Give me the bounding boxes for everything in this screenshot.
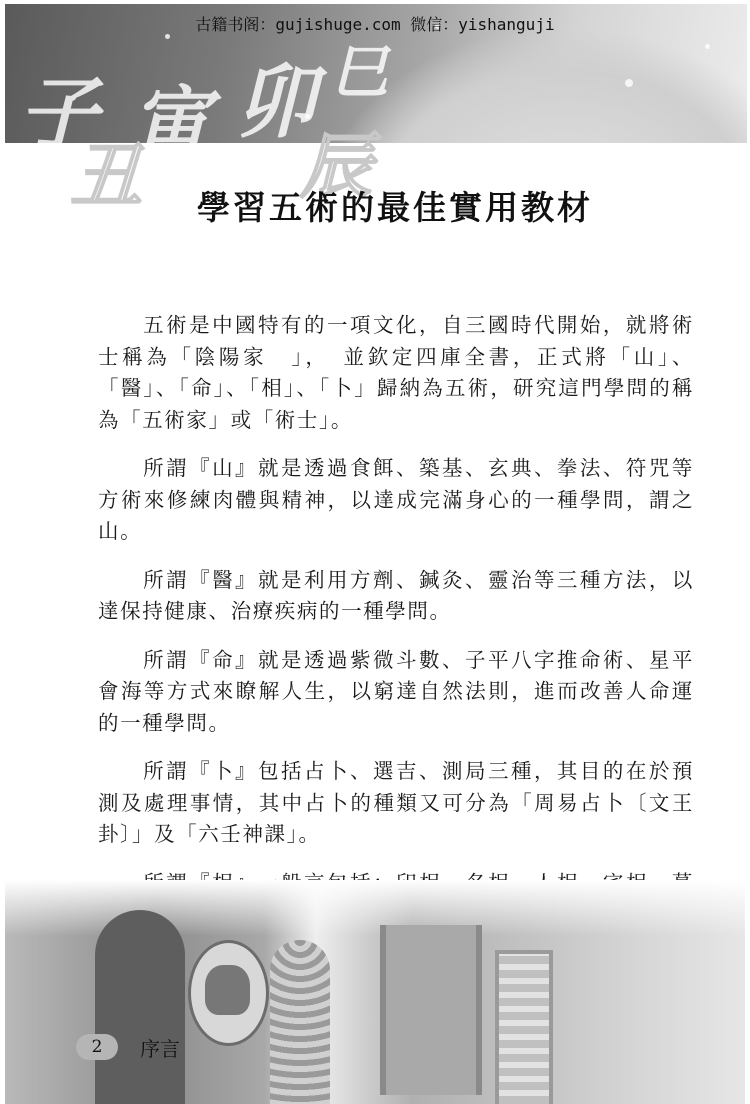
- paragraph-bu: 所謂『卜』包括占卜、選吉、測局三種，其目的在於預測及處理事情，其中占卜的種類又可…: [98, 756, 694, 851]
- page-title: 學習五術的最佳實用教材: [0, 182, 750, 229]
- star-decoration: [625, 79, 633, 87]
- lion-panel-decoration: [380, 925, 482, 1095]
- paragraph-yi: 所謂『醫』就是利用方劑、鍼灸、靈治等三種方法，以達保持健康、治療疾病的一種學問。: [98, 565, 694, 628]
- paragraph-shan: 所謂『山』就是透過食餌、築基、玄典、拳法、符咒等方術來修練肉體與精神，以達成完滿…: [98, 453, 694, 548]
- deity-robe-decoration: [95, 910, 185, 1104]
- decorative-char: 巳: [330, 25, 388, 109]
- page-number: 2: [76, 1034, 118, 1060]
- paragraph-ming: 所謂『命』就是透過紫微斗數、子平八字推命術、星平會海等方式來瞭解人生，以窮達自然…: [98, 645, 694, 740]
- section-label: 序言: [140, 1033, 180, 1062]
- body-text: 五術是中國特有的一項文化，自三國時代開始，就將術士稱為「陰陽家 」， 並欽定四庫…: [98, 310, 694, 948]
- paragraph-intro: 五術是中國特有的一項文化，自三國時代開始，就將術士稱為「陰陽家 」， 並欽定四庫…: [98, 310, 694, 436]
- dragon-scales-decoration: [270, 940, 330, 1104]
- figure-decoration: [205, 965, 250, 1015]
- star-decoration: [705, 44, 710, 49]
- footer-illustration: [5, 880, 745, 1104]
- bagua-decoration: [495, 950, 553, 1104]
